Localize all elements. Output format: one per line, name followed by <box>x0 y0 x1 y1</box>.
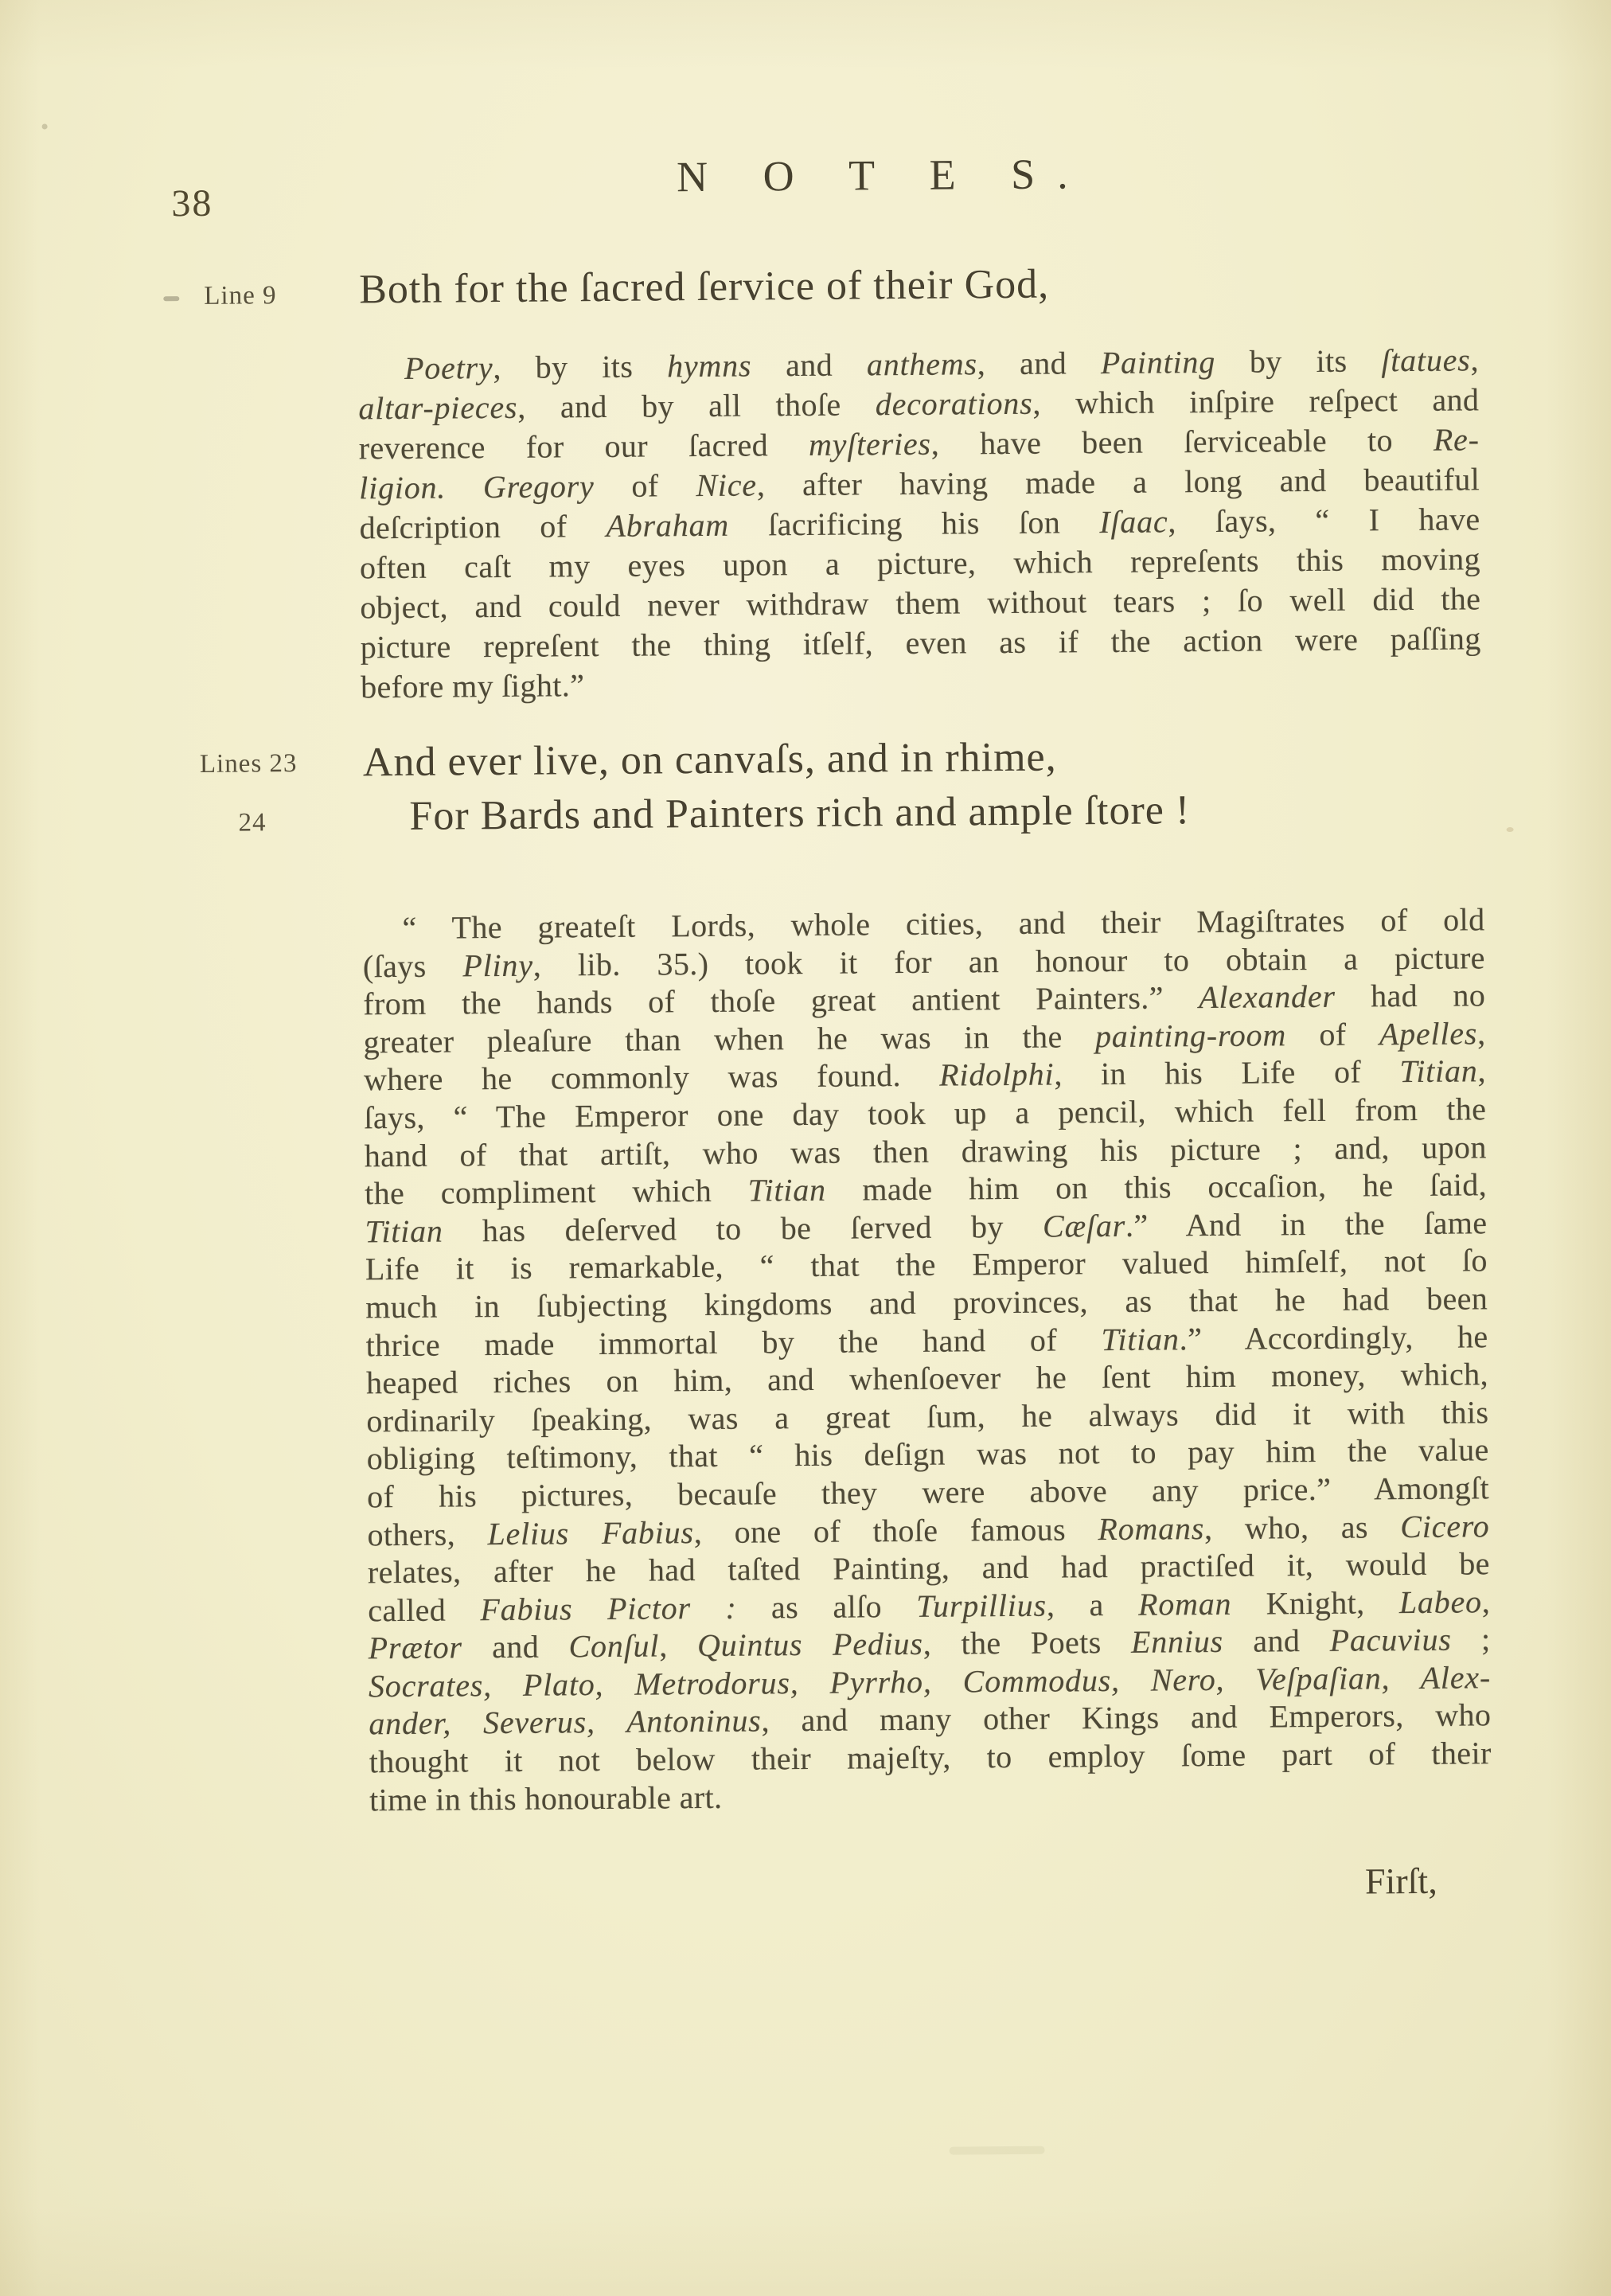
text-line: time in this honourable art. <box>369 1772 1492 1819</box>
paper-speck <box>950 2146 1045 2155</box>
quoted-verse-lines-23-24: And ever live, on canvaſs, and in rhime,… <box>363 729 1191 844</box>
paper-speck <box>42 123 48 129</box>
verse-line: Both for the ſacred ſervice of their God… <box>359 261 1049 314</box>
margin-label-lines-23: Lines 23 <box>200 749 298 779</box>
text-line: before my ſight.” <box>361 658 1481 707</box>
note-paragraph-2: “ The greateſt Lords, whole cities, and … <box>362 900 1492 1818</box>
page-number: 38 <box>171 182 213 225</box>
running-head: N O T E S. <box>677 149 1090 201</box>
book-page-scan: 38 N O T E S. Line 9 Both for the ſacred… <box>0 0 1611 2296</box>
text-line: And ever live, on canvaſs, and in rhime, <box>363 729 1190 790</box>
catchword: Firſt, <box>1365 1860 1437 1903</box>
margin-label-line-9: Line 9 <box>204 281 277 311</box>
page-sheet: 38 N O T E S. Line 9 Both for the ſacred… <box>0 0 1611 2296</box>
quoted-verse-line-9: Both for the ſacred ſervice of their God… <box>359 261 1049 314</box>
paper-speck <box>163 296 179 301</box>
paper-speck <box>1507 827 1514 832</box>
text-line: For Bards and Painters rich and ample ſt… <box>363 783 1190 844</box>
margin-label-24: 24 <box>238 808 266 838</box>
note-paragraph-1: Poetry, by its hymns and anthems, and Pa… <box>358 340 1481 707</box>
